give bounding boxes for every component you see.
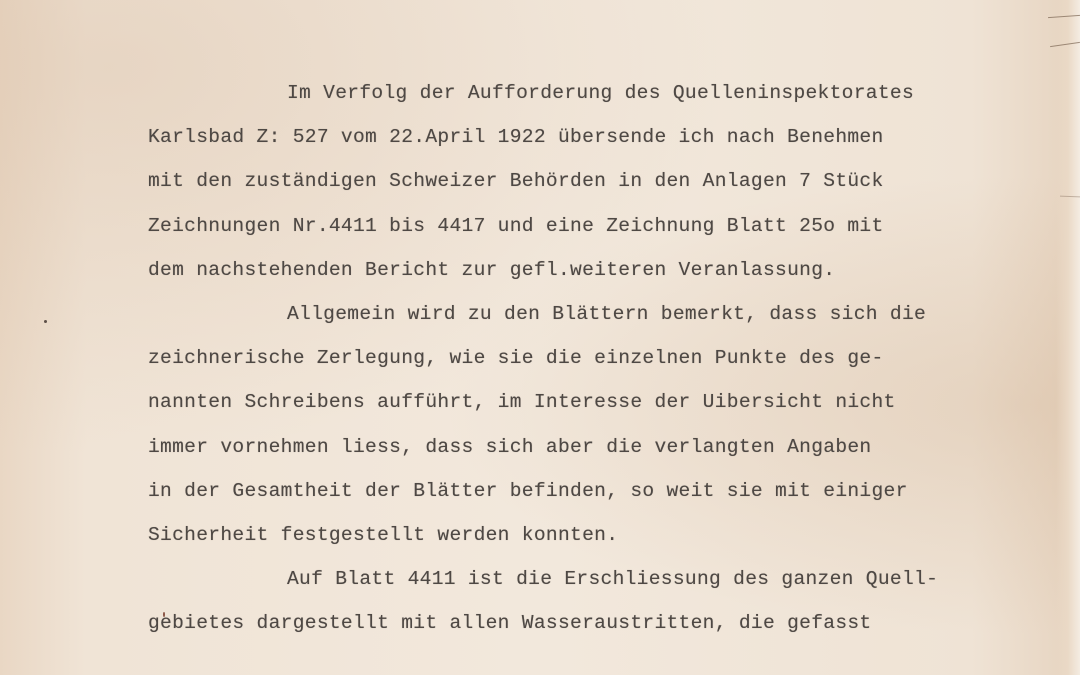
letter-body: Im Verfolg der Aufforderung des Quelleni…: [148, 78, 1028, 652]
text-line: Allgemein wird zu den Blättern bemerkt, …: [148, 299, 1028, 343]
text-line: immer vornehmen liess, dass sich aber di…: [148, 432, 1028, 476]
text-line: Im Verfolg der Aufforderung des Quelleni…: [148, 78, 1028, 122]
text-line: Zeichnungen Nr.4411 bis 4417 und eine Ze…: [148, 211, 1028, 255]
text-line: Sicherheit festgestellt werden konnten.: [148, 520, 1028, 564]
text-line: Auf Blatt 4411 ist die Erschliessung des…: [148, 564, 1028, 608]
ink-speck: [44, 320, 47, 323]
text-line: nannten Schreibens aufführt, im Interess…: [148, 387, 1028, 431]
text-line: dem nachstehenden Bericht zur gefl.weite…: [148, 255, 1028, 299]
paragraph-1: Im Verfolg der Aufforderung des Quelleni…: [148, 78, 1028, 299]
text-line: in der Gesamtheit der Blätter befinden, …: [148, 476, 1028, 520]
text-line: gebietes dargestellt mit allen Wasseraus…: [148, 608, 1028, 652]
paragraph-3: Auf Blatt 4411 ist die Erschliessung des…: [148, 564, 1028, 652]
text-line: zeichnerische Zerlegung, wie sie die ein…: [148, 343, 1028, 387]
text-line: mit den zuständigen Schweizer Behörden i…: [148, 166, 1028, 210]
text-line: Karlsbad Z: 527 vom 22.April 1922 überse…: [148, 122, 1028, 166]
paragraph-2: Allgemein wird zu den Blättern bemerkt, …: [148, 299, 1028, 564]
paper-right-edge: [1056, 0, 1080, 675]
